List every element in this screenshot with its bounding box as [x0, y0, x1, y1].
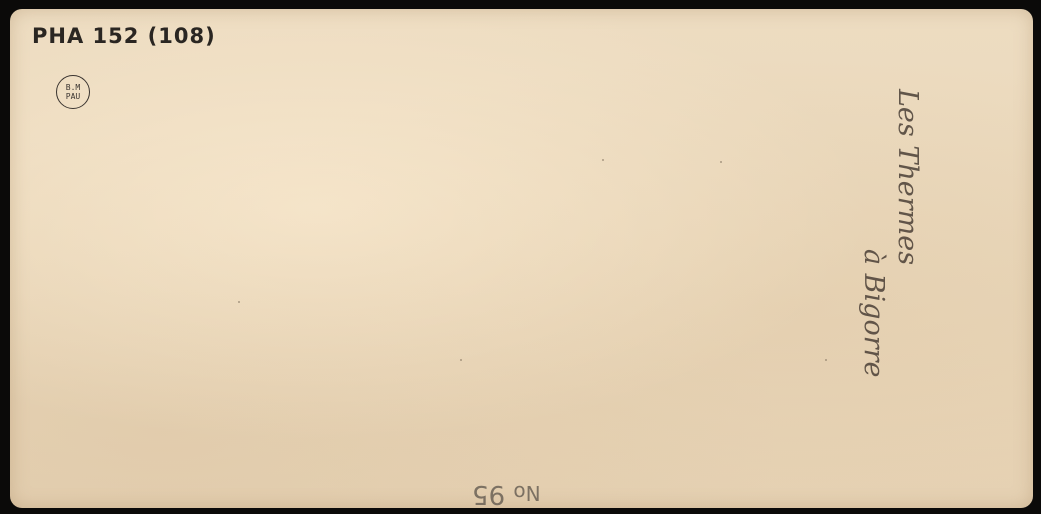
paper-speck [460, 359, 462, 361]
inventory-mark: PHA 152 (108) [32, 24, 216, 48]
paper-speck [825, 359, 827, 361]
card-verso: PHA 152 (108) B.M PAU Les Thermes à Bigo… [10, 9, 1033, 508]
number-prefix: No [513, 481, 540, 505]
handwritten-inscription: Les Thermes à Bigorre [856, 89, 924, 469]
paper-speck [602, 159, 604, 161]
pencil-number-mark: No 95 [472, 479, 541, 509]
inscription-line-2: à Bigorre [856, 89, 890, 469]
number-value: 95 [472, 479, 505, 509]
paper-speck [720, 161, 722, 163]
inscription-line-1: Les Thermes [890, 89, 924, 469]
stamp-line-1: B.M [66, 83, 80, 92]
paper-speck [238, 301, 240, 303]
library-stamp: B.M PAU [56, 75, 90, 109]
stamp-line-2: PAU [66, 92, 80, 101]
